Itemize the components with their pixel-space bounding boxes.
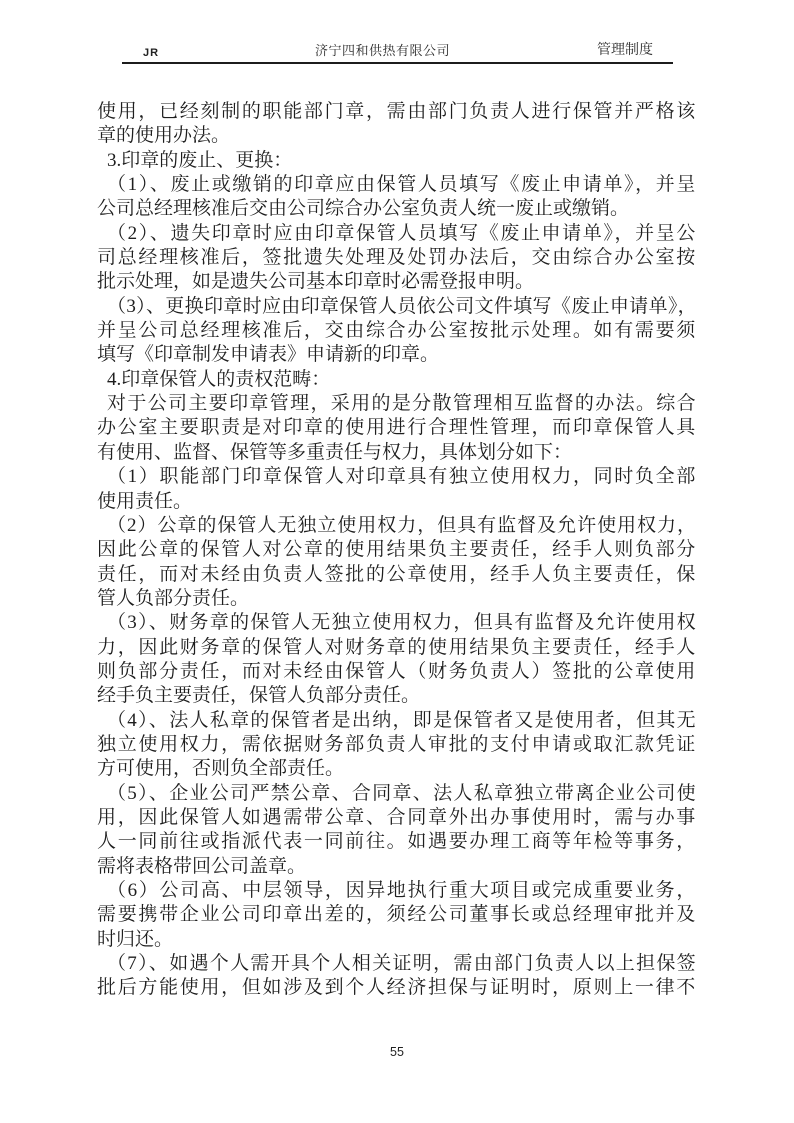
paragraph: （2）公章的保管人无独立使用权力，但具有监督及允许使用权力，因此公章的保管人对公… [97,514,697,611]
text-line: 则负部分责任，而对未经由保管人（财务负责人）签批的公章使用 [97,660,697,684]
text-line: 司总经理核准后，签批遗失处理及处罚办法后，交由综合办公室按 [97,246,697,270]
paragraph: 对于公司主要印章管理，采用的是分散管理相互监督的办法。综合办公室主要职责是对印章… [97,392,697,465]
text-line: 独立使用权力，需依据财务部负责人审批的支付申请或取汇款凭证 [97,733,697,757]
text-line: 用，因此保管人如遇需带公章、合同章外出办事使用时，需与办事 [97,806,697,830]
text-line: 对于公司主要印章管理，采用的是分散管理相互监督的办法。综合 [97,392,697,416]
text-line: 需要携带企业公司印章出差的，须经公司董事长或总经理审批并及 [97,903,697,927]
text-line: （1）、废止或缴销的印章应由保管人员填写《废止申请单》，并呈 [97,173,697,197]
paragraph: （7）、如遇个人需开具个人相关证明，需由部门负责人以上担保签批后方能使用，但如涉… [97,952,697,1001]
paragraph: （5）、企业公司严禁公章、合同章、法人私章独立带离企业公司使用，因此保管人如遇需… [97,782,697,879]
header-doc-type: 管理制度 [597,39,653,59]
text-line: 4.印章保管人的责权范畴： [97,368,697,392]
text-line: （7）、如遇个人需开具个人相关证明，需由部门负责人以上担保签 [97,952,697,976]
paragraph: 3.印章的废止、更换： [97,149,697,173]
text-line: 使用，已经刻制的职能部门章，需由部门负责人进行保管并严格该 [97,100,697,124]
paragraph: （6）公司高、中层领导，因异地执行重大项目或完成重要业务，需要携带企业公司印章出… [97,879,697,952]
paragraph: （1）职能部门印章保管人对印章具有独立使用权力，同时负全部使用责任。 [97,465,697,514]
text-line: 因此公章的保管人对公章的使用结果负主要责任，经手人则负部分 [97,538,697,562]
text-line: 3.印章的废止、更换： [97,149,697,173]
text-line: 有使用、监督、保管等多重责任与权力，具体划分如下： [97,441,697,465]
text-line: 力，因此财务章的保管人对财务章的使用结果负主要责任，经手人 [97,636,697,660]
paragraph: （2）、遗失印章时应由印章保管人员填写《废止申请单》，并呈公司总经理核准后，签批… [97,222,697,295]
paragraph: 4.印章保管人的责权范畴： [97,368,697,392]
header-company-name: 济宁四和供热有限公司 [122,40,643,59]
text-line: （2）公章的保管人无独立使用权力，但具有监督及允许使用权力， [97,514,697,538]
text-line: 时归还。 [97,928,697,952]
text-line: （3）、财务章的保管人无独立使用权力，但具有监督及允许使用权 [97,611,697,635]
text-line: 批后方能使用，但如涉及到个人经济担保与证明时，原则上一律不 [97,976,697,1000]
text-line: 办公室主要职责是对印章的使用进行合理性管理，而印章保管人具 [97,416,697,440]
paragraph: （4）、法人私章的保管者是出纳，即是保管者又是使用者，但其无独立使用权力，需依据… [97,709,697,782]
paragraph: （1）、废止或缴销的印章应由保管人员填写《废止申请单》，并呈公司总经理核准后交由… [97,173,697,222]
page-number: 55 [390,1045,404,1059]
document-body: 使用，已经刻制的职能部门章，需由部门负责人进行保管并严格该章的使用办法。3.印章… [97,100,697,1001]
paragraph: 使用，已经刻制的职能部门章，需由部门负责人进行保管并严格该章的使用办法。 [97,100,697,149]
text-line: （2）、遗失印章时应由印章保管人员填写《废止申请单》，并呈公 [97,222,697,246]
text-line: （3）、更换印章时应由印章保管人员依公司文件填写《废止申请单》， [97,295,697,319]
text-line: 章的使用办法。 [97,124,697,148]
text-line: 方可使用，否则负全部责任。 [97,757,697,781]
page-footer: 55 [0,1043,794,1061]
page-header: JR 济宁四和供热有限公司 管理制度 [122,0,673,64]
document-page: JR 济宁四和供热有限公司 管理制度 使用，已经刻制的职能部门章，需由部门负责人… [0,0,794,1123]
paragraph: （3）、财务章的保管人无独立使用权力，但具有监督及允许使用权力，因此财务章的保管… [97,611,697,708]
text-line: （1）职能部门印章保管人对印章具有独立使用权力，同时负全部 [97,465,697,489]
text-line: 责任，而对未经由负责人签批的公章使用，经手人负主要责任，保 [97,563,697,587]
text-line: 并呈公司总经理核准后，交由综合办公室按批示处理。如有需要须 [97,319,697,343]
text-line: 管人负部分责任。 [97,587,697,611]
text-line: 批示处理，如是遗失公司基本印章时必需登报申明。 [97,270,697,294]
text-line: 填写《印章制发申请表》申请新的印章。 [97,343,697,367]
text-line: （5）、企业公司严禁公章、合同章、法人私章独立带离企业公司使 [97,782,697,806]
text-line: 经手负主要责任，保管人负部分责任。 [97,684,697,708]
text-line: 公司总经理核准后交由公司综合办公室负责人统一废止或缴销。 [97,197,697,221]
text-line: 使用责任。 [97,490,697,514]
text-line: （4）、法人私章的保管者是出纳，即是保管者又是使用者，但其无 [97,709,697,733]
text-line: （6）公司高、中层领导，因异地执行重大项目或完成重要业务， [97,879,697,903]
text-line: 人一同前往或指派代表一同前往。如遇要办理工商等年检等事务， [97,830,697,854]
paragraph: （3）、更换印章时应由印章保管人员依公司文件填写《废止申请单》，并呈公司总经理核… [97,295,697,368]
text-line: 需将表格带回公司盖章。 [97,855,697,879]
